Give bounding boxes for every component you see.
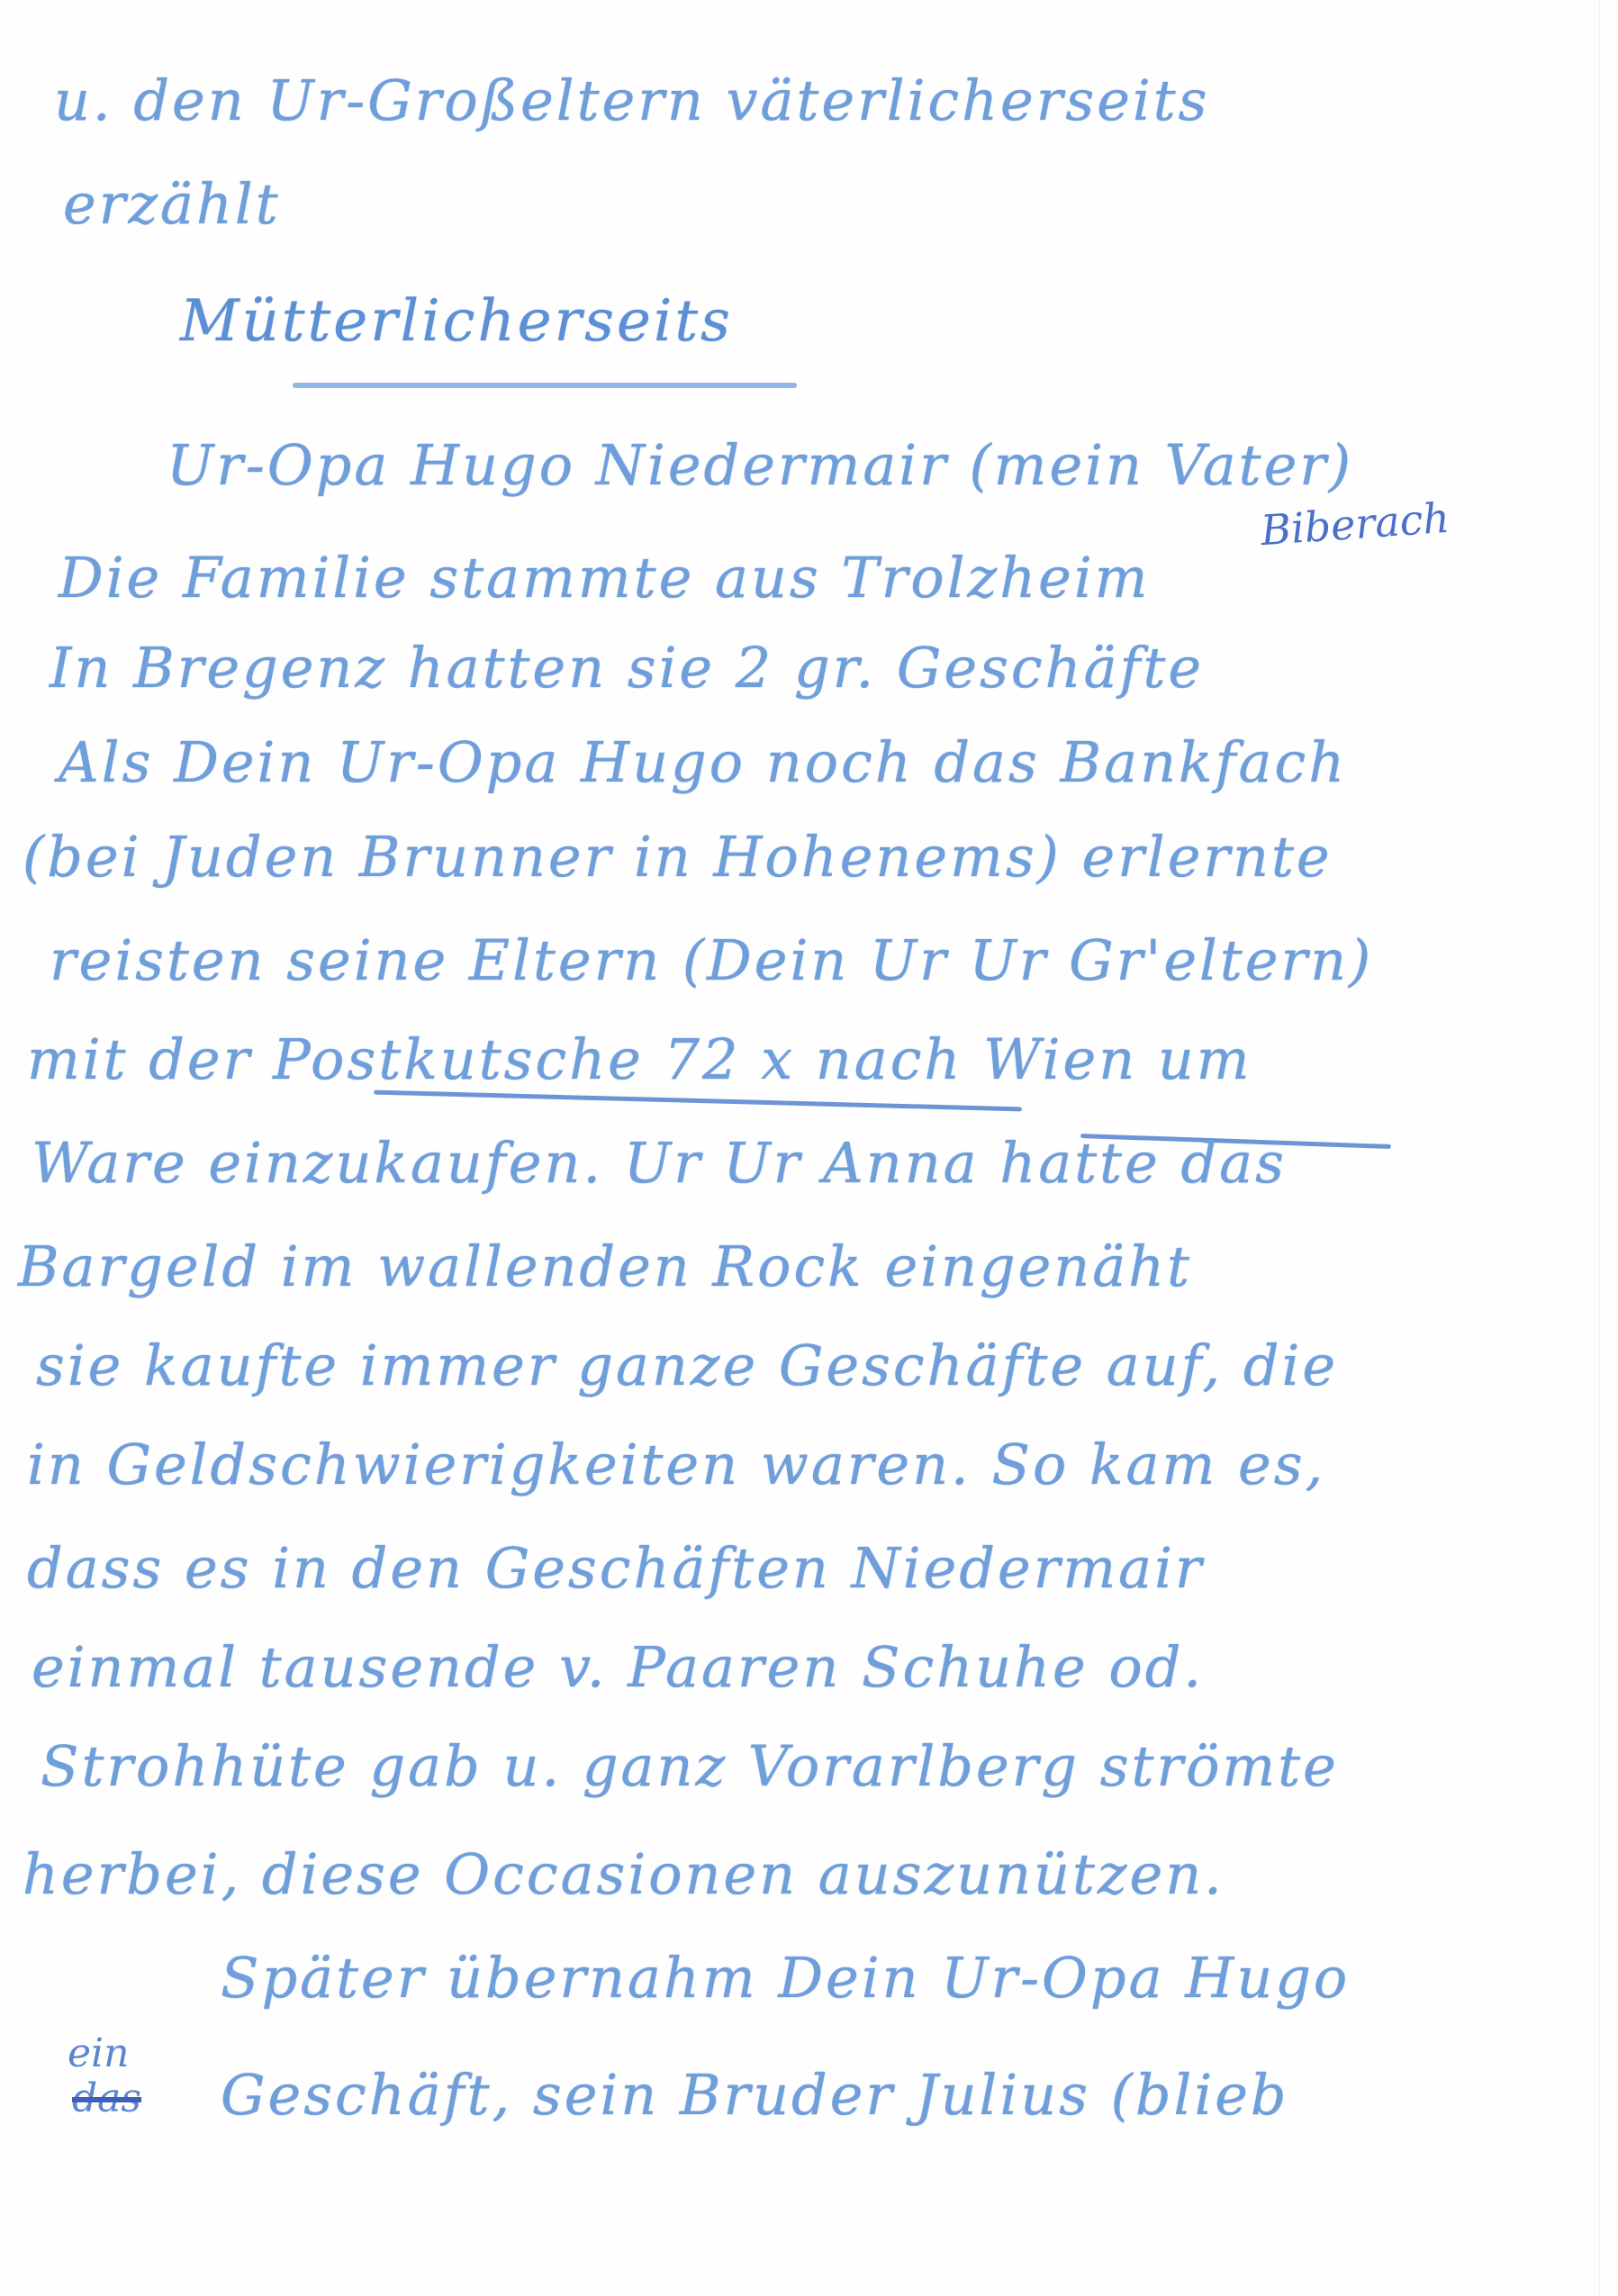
- text-line-6: In Bregenz hatten sie 2 gr. Geschäfte: [50, 635, 1204, 701]
- text-line-1: u. den Ur-Großeltern väterlicherseits: [54, 68, 1209, 133]
- text-line-18: herbei, diese Occasionen auszunützen.: [23, 1841, 1225, 1907]
- text-line-19: Später übernahm Dein Ur-Opa Hugo: [221, 1945, 1350, 2011]
- text-line-10: mit der Postkutsche 72 x nach Wien um: [27, 1026, 1252, 1092]
- text-line-13: sie kaufte immer ganze Geschäfte auf, di…: [36, 1333, 1338, 1398]
- text-line-16: einmal tausende v. Paaren Schuhe od.: [32, 1634, 1204, 1700]
- text-line-12: Bargeld im wallenden Rock eingenäht: [18, 1234, 1192, 1299]
- text-line-8: (bei Juden Brunner in Hohenems) erlernte: [23, 824, 1333, 890]
- text-line-4: Ur-Opa Hugo Niedermair (mein Vater): [167, 432, 1353, 498]
- inserted-word: Biberach: [1259, 493, 1451, 556]
- text-line-9: reisten seine Eltern (Dein Ur Ur Gr'elte…: [50, 927, 1373, 993]
- section-heading: Mütterlicherseits: [180, 288, 733, 355]
- text-line-17: Strohhüte gab u. ganz Vorarlberg strömte: [41, 1733, 1339, 1799]
- paper-edge: [1599, 0, 1600, 2296]
- text-line-5: Die Familie stammte aus Trolzheim: [59, 545, 1150, 610]
- margin-struck-das: das: [72, 2075, 141, 2121]
- letter-page: u. den Ur-Großeltern väterlicherseits er…: [0, 0, 1618, 2296]
- text-line-2: erzählt: [63, 171, 281, 237]
- text-line-14: in Geldschwierigkeiten waren. So kam es,: [27, 1432, 1325, 1497]
- text-line-20: Geschäft, sein Bruder Julius (blieb: [221, 2062, 1289, 2128]
- text-line-11: Ware einzukaufen. Ur Ur Anna hatte das: [32, 1130, 1287, 1196]
- underline-postkutsche: [374, 1090, 1022, 1112]
- text-line-15: dass es in den Geschäften Niedermair: [27, 1535, 1205, 1601]
- heading-underline: [293, 383, 797, 388]
- text-line-7: Als Dein Ur-Opa Hugo noch das Bankfach: [59, 729, 1347, 795]
- margin-insert-ein: ein: [68, 2030, 129, 2076]
